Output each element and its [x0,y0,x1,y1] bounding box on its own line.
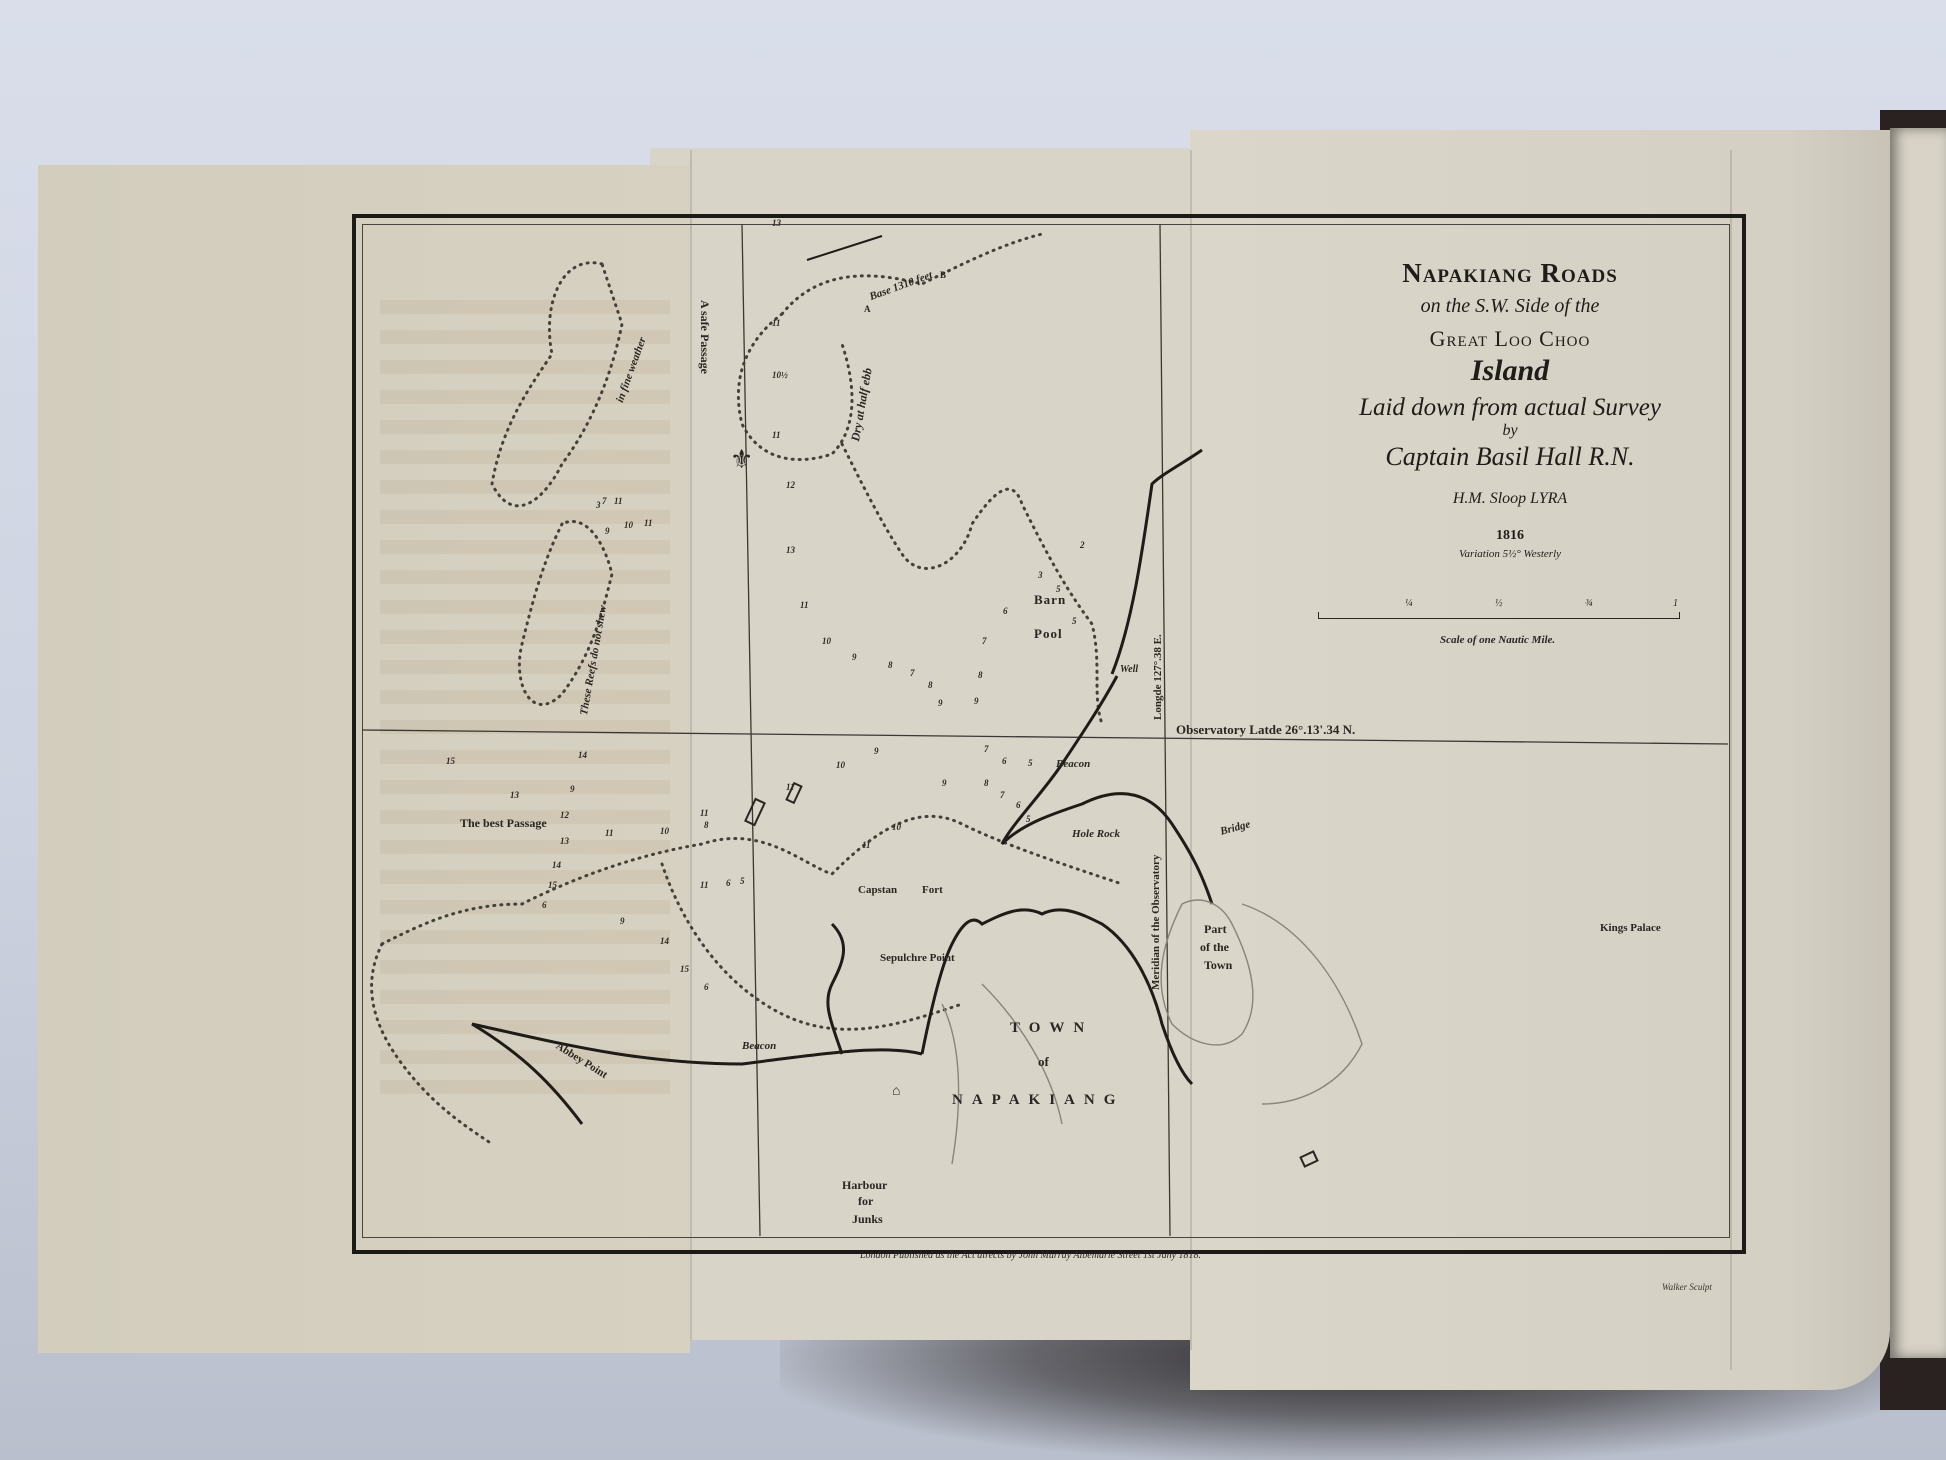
base-line [807,236,882,260]
sounding-depth: 10 [836,760,845,770]
label-beacon-north: Beacon [1056,758,1090,770]
label-safe-passage: A safe Passage [697,300,712,374]
sounding-depth: 8 [928,680,933,690]
sounding-depth: 5 [1028,758,1033,768]
title-line-by: by [1320,422,1700,440]
sounding-depth: 7 [602,496,607,506]
label-base-a: A [864,304,871,314]
sounding-depth: 12 [560,810,569,820]
label-pool: Pool [1034,626,1063,642]
title-line-laid-down: Laid down from actual Survey [1320,394,1700,422]
label-well: Well [1120,664,1138,675]
sounding-depth: 11 [772,430,781,440]
label-part: Part [1204,922,1227,937]
scale-caption: Scale of one Nautic Mile. [1440,634,1555,646]
sounding-depth: 7 [910,668,915,678]
scale-bar: ¼ ½ ¾ 1 [1318,612,1680,619]
sounding-depth: 11 [644,518,653,528]
label-hole-rock: Hole Rock [1072,828,1120,840]
meridian-line-observatory [1160,224,1170,1236]
sounding-depth: 5 [1026,814,1031,824]
label-napakiang: NAPAKIANG [952,1092,1124,1109]
label-base-b: B [940,270,946,280]
label-best-passage: The best Passage [460,816,547,831]
sounding-depth: 15 [548,880,557,890]
sounding-depth: 5 [740,876,745,886]
sounding-depth: 6 [1003,606,1008,616]
sounding-depth: 11 [800,600,809,610]
sounding-depth: 7 [984,744,989,754]
sounding-depth: 11 [700,880,709,890]
sounding-depth: 8 [984,778,989,788]
sounding-depth: 14 [660,936,669,946]
sounding-depth: 9 [852,652,857,662]
sounding-depth: 9 [605,526,610,536]
label-harbour-for: for [858,1194,873,1209]
label-observatory-latitude: Observatory Latde 26°.13'.34 N. [1176,722,1355,738]
title-line-surveyor: Captain Basil Hall R.N. [1320,442,1700,472]
label-sepulchre-point: Sepulchre Point [880,952,955,964]
title-line-island: Island [1320,354,1700,388]
sounding-depth: 15 [680,964,689,974]
label-of-the: of the [1200,940,1229,955]
sounding-depth: 2 [1080,540,1085,550]
sounding-depth: 11 [605,828,614,838]
sounding-depth: 8 [704,820,709,830]
sounding-depth: 9 [938,698,943,708]
sounding-depth: 10 [624,520,633,530]
sounding-depth: 6 [1016,800,1021,810]
title-line-sw-side: on the S.W. Side of the [1320,295,1700,318]
sounding-depth: 13 [772,218,781,228]
title-line-vessel: H.M. Sloop LYRA [1320,490,1700,508]
sounding-depth: 9 [974,696,979,706]
scale-tick-half: ½ [1495,598,1503,609]
sounding-depth: 7 [1000,790,1005,800]
sounding-depth: 9 [874,746,879,756]
sounding-depth: 11 [614,496,623,506]
chart-title: Napakiang Roads [1320,258,1700,289]
sounding-depth: 6 [542,900,547,910]
sounding-depth: 9 [620,916,625,926]
publisher-imprint: London Published as the Act directs by J… [860,1250,1201,1261]
label-capstan: Capstan [858,884,897,896]
sounding-depth: 11 [700,808,709,818]
sounding-depth: 14 [578,750,587,760]
sounding-depth: 5 [1056,584,1061,594]
sounding-depth: 13 [560,836,569,846]
sounding-depth: 10½ [772,370,788,380]
sounding-depth: 7 [982,636,987,646]
sounding-depth: 9 [570,784,575,794]
sounding-depth: 3 [1038,570,1043,580]
sounding-depth: 8 [978,670,983,680]
title-line-great-loo-choo: Great Loo Choo [1320,326,1700,352]
label-town-part: Town [1204,958,1232,973]
fleur-de-lis-north-icon: ⚜ [730,445,753,475]
label-fort: Fort [922,884,943,896]
sounding-depth: 15 [446,756,455,766]
title-variation: Variation 5½° Westerly [1320,548,1700,560]
sounding-depth: 11 [786,782,795,792]
label-harbour-junks: Junks [852,1212,883,1227]
temple-icon: ⌂ [892,1084,900,1100]
sounding-depth: 13 [510,790,519,800]
label-harbour: Harbour [842,1178,887,1193]
label-town: TOWN [1010,1020,1093,1037]
title-cartouche: Napakiang Roads on the S.W. Side of the … [1320,258,1700,560]
sounding-depth: 6 [1002,756,1007,766]
scale-tick-three-quarter: ¾ [1585,598,1593,609]
sounding-depth: 11 [862,840,871,850]
label-kings-palace: Kings Palace [1600,922,1661,934]
label-beacon-south: Beacon [742,1040,776,1052]
scale-tick-quarter: ¼ [1405,598,1413,609]
latitude-line-observatory [362,730,1728,744]
meridian-line-west [742,224,760,1236]
sounding-depth: 10 [660,826,669,836]
sounding-depth: 14 [552,860,561,870]
label-town-of: of [1038,1054,1049,1070]
sounding-depth: 13 [786,545,795,555]
sounding-depth: 12 [786,480,795,490]
scale-tick-one: 1 [1673,598,1678,609]
book-right-page [1890,128,1946,1358]
reef-outlines [372,234,1122,1144]
sounding-depth: 6 [726,878,731,888]
sounding-depth: 5 [1072,616,1077,626]
sounding-depth: 6 [704,982,709,992]
title-year: 1816 [1320,528,1700,544]
sounding-depth: 10 [892,822,901,832]
coastline [472,450,1212,1124]
sounding-depth: 8 [888,660,893,670]
label-barn: Barn [1034,592,1066,608]
label-longitude: Longde 127°.38 E. [1152,634,1164,720]
sounding-depth: 10 [822,636,831,646]
label-meridian-observatory: Meridian of the Observatory [1150,855,1162,990]
sounding-depth: 9 [942,778,947,788]
kings-palace-icon [1301,1152,1318,1167]
sounding-depth: 3 [596,500,601,510]
sounding-depth: 11 [772,318,781,328]
engraver-credit: Walker Sculpt [1662,1282,1712,1292]
